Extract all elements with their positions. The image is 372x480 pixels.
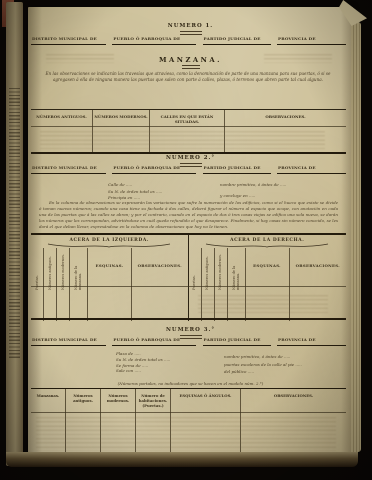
- field-pueblo-parroquia: PUEBLO Ó PARROQUIA DE: [112, 337, 196, 346]
- field-partido-judicial: PARTIDO JUDICIAL DE: [203, 165, 271, 174]
- book-photo: NUMERO 1. DISTRITO MUNICIPAL DE PUEBLO Ó…: [0, 0, 372, 480]
- column-observaciones: OBSERVACIONES.: [132, 248, 188, 321]
- sub-line-sale-con: Sale con .....: [116, 368, 170, 374]
- rot-header-numeros-modernos: Números modernos.: [218, 250, 222, 290]
- field-provincia: PROVINCIA DE: [277, 36, 346, 45]
- table3-header-rule: [31, 412, 346, 413]
- numero2-instructions: En la columna de observaciones se expres…: [39, 200, 338, 230]
- sub-line-numero-orden: Su N. de órden total es .....: [116, 357, 170, 363]
- numero2-field-row: DISTRITO MUNICIPAL DE PUEBLO Ó PARROQUIA…: [31, 165, 346, 174]
- column-puertas: Puertas.: [31, 248, 44, 321]
- brace-flourish: [44, 243, 174, 248]
- field-provincia: PROVINCIA DE: [277, 165, 346, 174]
- section-divider-rule: [31, 152, 346, 154]
- column-numero-manzana: Número de la manzana.: [70, 248, 88, 321]
- form-page: NUMERO 1. DISTRITO MUNICIPAL DE PUEBLO Ó…: [28, 7, 353, 457]
- numero3-sub-left: Plaza de ..... Su N. de órden total es .…: [116, 351, 170, 374]
- field-partido-judicial: PARTIDO JUDICIAL DE: [203, 337, 271, 346]
- numero2-sub-left: Calle de ..... Su N. de órden total es .…: [108, 182, 162, 202]
- column-esquinas: ESQUINAS.: [88, 248, 132, 321]
- field-distrito-municipal: DISTRITO MUNICIPAL DE: [31, 165, 106, 174]
- show-through-ghost: [46, 54, 114, 63]
- manzana-flourish: [182, 65, 200, 69]
- header-esquinas: ESQUINAS.: [96, 263, 124, 321]
- numero2-title: NUMERO 2.°: [28, 155, 353, 161]
- show-through-ghost: [36, 417, 336, 451]
- acera-derecha-title: ACERA DE LA DERECHA.: [189, 235, 347, 249]
- rot-header-numeros-modernos: Números modernos.: [61, 250, 65, 290]
- numero3-sub-right: nombre primitivo, ó ántes de ..... puert…: [224, 353, 302, 376]
- rot-header-numeros-antiguos: Números antiguos.: [205, 250, 209, 290]
- numero3-field-row: DISTRITO MUNICIPAL DE PUEBLO Ó PARROQUIA…: [31, 337, 346, 346]
- numero1-title: NUMERO 1.: [28, 23, 353, 29]
- sub-line-nombre-primitivo: nombre primitivo, ó ántes de .....: [220, 182, 286, 189]
- column-numeros-modernos: Números modernos.: [57, 248, 70, 321]
- section-divider-rule: [31, 318, 346, 320]
- acera-izquierda-half: ACERA DE LA IZQUIERDA. Puertas. Números …: [31, 235, 189, 321]
- rot-header-puertas: Puertas.: [35, 250, 39, 290]
- column-numeros-antiguos: Números antiguos.: [44, 248, 57, 321]
- rot-header-numero-manzana: Número de la manzana.: [232, 250, 240, 290]
- acera-izquierda-columns: Puertas. Números antiguos. Números moder…: [31, 248, 188, 321]
- table2-header-rule: [31, 286, 346, 287]
- page-stack-edge: [351, 22, 361, 452]
- numero2-sub-right: nombre primitivo, ó ántes de ..... y con…: [220, 182, 286, 199]
- sub-line-del-publico: del público .....: [224, 368, 302, 376]
- book-bottom-edge: [6, 452, 358, 467]
- show-through-ghost: [198, 295, 328, 315]
- sub-line-calle: Calle de .....: [108, 182, 162, 189]
- numero3-title: NUMERO 3.°: [28, 327, 353, 333]
- field-partido-judicial: PARTIDO JUDICIAL DE: [203, 36, 271, 45]
- show-through-ghost: [264, 54, 332, 63]
- numero3-note: (Números portales, no indicadores que se…: [28, 381, 353, 386]
- rot-header-puertas: Puertas.: [192, 250, 196, 290]
- previous-page-text-fragments: [9, 88, 20, 358]
- rot-header-numero-manzana: Número de la manzana.: [74, 250, 82, 290]
- sub-line-numero-orden: Su N. de órden total es .....: [108, 189, 162, 196]
- brace-flourish: [202, 243, 332, 248]
- field-provincia: PROVINCIA DE: [277, 337, 346, 346]
- show-through-ghost: [40, 131, 325, 149]
- field-pueblo-parroquia: PUEBLO Ó PARROQUIA DE: [112, 36, 196, 45]
- numero1-field-row: DISTRITO MUNICIPAL DE PUEBLO Ó PARROQUIA…: [31, 36, 346, 45]
- field-pueblo-parroquia: PUEBLO Ó PARROQUIA DE: [112, 165, 196, 174]
- rot-header-numeros-antiguos: Números antiguos.: [48, 250, 52, 290]
- field-distrito-municipal: DISTRITO MUNICIPAL DE: [31, 36, 106, 45]
- sub-line-puertas-escaleras: puertas escaleras de la calle al pie ...…: [224, 361, 302, 369]
- sub-line-nombre-primitivo: nombre primitivo, ó ántes de .....: [224, 353, 302, 361]
- table1-header-rule: [31, 126, 346, 127]
- title-flourish: [180, 31, 202, 35]
- sub-line-concluye: y concluye en .....: [220, 193, 286, 200]
- header-observaciones: OBSERVACIONES.: [138, 263, 182, 321]
- numero1-instructions: En las observaciones se indicarán las tr…: [41, 71, 335, 84]
- acera-izquierda-title: ACERA DE LA IZQUIERDA.: [31, 235, 188, 249]
- field-distrito-municipal: DISTRITO MUNICIPAL DE: [31, 337, 106, 346]
